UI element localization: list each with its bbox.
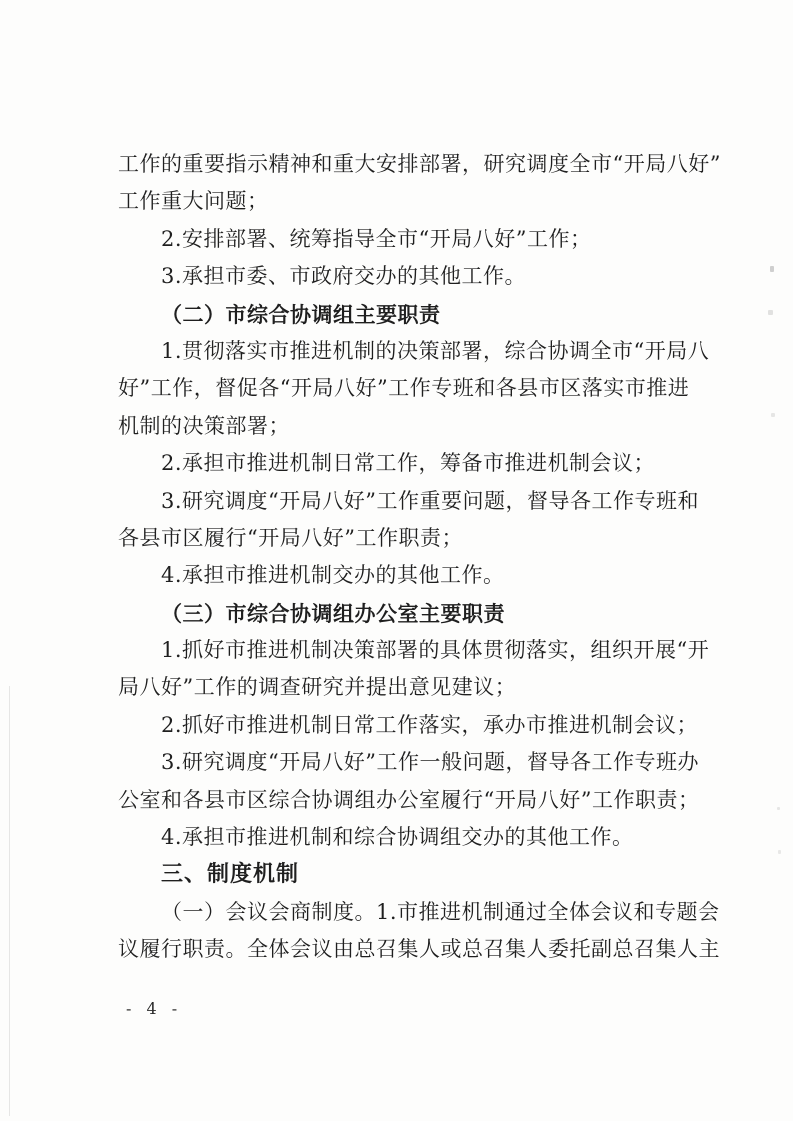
text-line: 议履行职责。全体会议由总召集人或总召集人委托副总召集人主 xyxy=(118,931,718,968)
list-item: 3.研究调度“开局八好”工作重要问题，督导各工作专班和 xyxy=(118,483,718,520)
section-heading: （二）市综合协调组主要职责 xyxy=(118,296,718,333)
list-item: 3.研究调度“开局八好”工作一般问题，督导各工作专班办 xyxy=(118,744,718,781)
text-line: 机制的决策部署； xyxy=(118,408,718,445)
list-item: 1.贯彻落实市推进机制的决策部署，综合协调全市“开局八 xyxy=(118,333,718,370)
list-item: 4.承担市推进机制交办的其他工作。 xyxy=(118,557,718,594)
document-body: 工作的重要指示精神和重大安排部署，研究调度全市“开局八好” 工作重大问题； 2.… xyxy=(118,146,718,969)
list-item: 1.抓好市推进机制决策部署的具体贯彻落实，组织开展“开 xyxy=(118,632,718,669)
scan-speck xyxy=(770,266,774,272)
list-item: 4.承担市推进机制和综合协调组交办的其他工作。 xyxy=(118,819,718,856)
text-line: 局八好”工作的调查研究并提出意见建议； xyxy=(118,669,718,706)
text-line: 工作的重要指示精神和重大安排部署，研究调度全市“开局八好” xyxy=(118,146,718,183)
scan-speck xyxy=(771,413,775,417)
document-page: 工作的重要指示精神和重大安排部署，研究调度全市“开局八好” 工作重大问题； 2.… xyxy=(0,0,793,1121)
section-heading: （三）市综合协调组办公室主要职责 xyxy=(118,595,718,632)
text-line: （一）会议会商制度。1.市推进机制通过全体会议和专题会 xyxy=(118,894,718,931)
scan-speck xyxy=(778,850,781,854)
scan-speck xyxy=(777,807,780,810)
scan-speck xyxy=(768,310,773,315)
page-number: - 4 - xyxy=(126,999,182,1018)
text-line: 各县市区履行“开局八好”工作职责； xyxy=(118,520,718,557)
list-item: 2.承担市推进机制日常工作，筹备市推进机制会议； xyxy=(118,445,718,482)
text-line: 工作重大问题； xyxy=(118,183,718,220)
text-line: 公室和各县市区综合协调组办公室履行“开局八好”工作职责； xyxy=(118,782,718,819)
scan-edge-artifact xyxy=(9,686,10,1116)
list-item: 3.承担市委、市政府交办的其他工作。 xyxy=(118,258,718,295)
text-line: 好”工作，督促各“开局八好”工作专班和各县市区落实市推进 xyxy=(118,370,718,407)
list-item: 2.抓好市推进机制日常工作落实，承办市推进机制会议； xyxy=(118,707,718,744)
list-item: 2.安排部署、统筹指导全市“开局八好”工作； xyxy=(118,221,718,258)
chapter-heading: 三、制度机制 xyxy=(118,856,718,893)
